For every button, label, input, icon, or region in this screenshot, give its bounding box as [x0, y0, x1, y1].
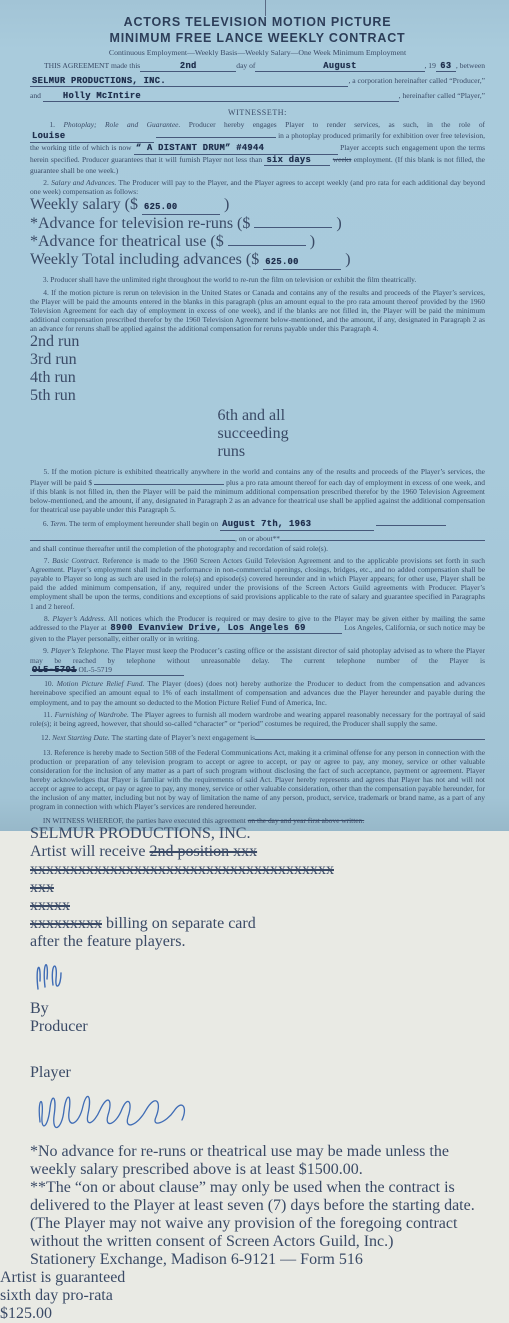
paragraph-12-heading: Next Starting Date. — [52, 733, 110, 742]
paragraph-6: 6. Term. The term of employment hereunde… — [30, 517, 485, 531]
salary-row-tv-advance: *Advance for television re-runs ($ ) — [30, 215, 485, 233]
fill-day: 2nd — [140, 61, 236, 72]
paragraph-12-number: 12. — [41, 733, 50, 742]
player-name-value: Holly McIntire — [45, 91, 141, 101]
salary-amount-group: ($ 625.00 ) — [125, 196, 230, 213]
year-printed-text: , 19 — [425, 61, 436, 70]
paragraph-10-number: 10. — [44, 679, 53, 688]
paragraph-7-heading: Basic Contract. — [52, 556, 100, 565]
salary-label: Weekly salary — [30, 196, 121, 213]
paragraph-3-number: 3. — [43, 275, 49, 284]
run-label: 4th run — [30, 369, 485, 387]
paragraph-3: 3. Producer shall have the unlimited rig… — [30, 275, 485, 284]
player-phone-typed-value: OL5-5791 — [32, 665, 77, 675]
fill-tv-advance — [254, 227, 332, 228]
struck-weeks-word: weeks — [333, 155, 352, 164]
agreement-lead-text: THIS AGREEMENT made this — [44, 61, 140, 70]
role-blank — [156, 129, 276, 138]
and-text: and — [30, 91, 41, 100]
paragraph-12: 12. Next Starting Date. The starting dat… — [30, 731, 485, 742]
run-cell: 6th and all succeeding runs — [30, 407, 485, 461]
paren-close: ) — [224, 196, 229, 213]
run-cell: 5th run — [30, 387, 485, 405]
fill-year: 63 — [436, 61, 456, 72]
fill-theatrical-advance — [228, 245, 306, 246]
fill-weekly-salary: 625.00 — [142, 196, 220, 215]
paragraph-2-number: 2. — [43, 178, 49, 187]
paragraph-13-number: 13. — [43, 748, 52, 757]
run-cell: 3rd run — [30, 351, 485, 369]
run-label: 3rd run — [30, 351, 485, 369]
paragraph-6-heading: Term. — [50, 519, 67, 528]
witness-clause: IN WITNESS WHEREOF, the parties have exe… — [30, 816, 485, 825]
salary-row-weekly: Weekly salary ($ 625.00 ) — [30, 196, 485, 215]
contract-title-line2: MINIMUM FREE LANCE WEEKLY CONTRACT — [30, 30, 485, 46]
salary-label: *Advance for television re-runs — [30, 215, 233, 232]
weekly-salary-value: 625.00 — [144, 202, 177, 212]
on-or-about-blank-right — [280, 532, 485, 541]
paren-dollar: ($ — [210, 233, 223, 250]
paren-dollar: ($ — [125, 196, 138, 213]
fill-player-phone: OL5-5791 OL-5-5719 — [30, 665, 184, 677]
paragraph-1-text: Producer hereby engages Player to render… — [189, 120, 485, 129]
fill-producer-name: SELMUR PRODUCTIONS, INC. — [30, 76, 348, 87]
paragraph-11: 11. Furnishing of Wardrobe. The Player a… — [30, 710, 485, 728]
paragraph-13: 13. Reference is hereby made to Section … — [30, 748, 485, 812]
run-label: 6th and all succeeding runs — [218, 407, 298, 461]
contract-document: ACTORS TELEVISION MOTION PICTURE MINIMUM… — [0, 0, 509, 831]
paragraph-4: 4. If the motion picture is rerun on tel… — [30, 288, 485, 333]
paragraph-6-number: 6. — [43, 519, 49, 528]
on-or-about-blank-left — [30, 532, 235, 541]
paragraph-9-heading: Player’s Telephone. — [51, 646, 110, 655]
fill-player-name: Holly McIntire — [43, 91, 399, 102]
player-tail-text: , hereinafter called “Player,” — [399, 91, 485, 100]
fill-guarantee: six days — [264, 155, 330, 167]
witness-text: IN WITNESS WHEREOF, the parties have exe… — [43, 816, 248, 825]
salary-total-label: Weekly Total including advances — [30, 251, 242, 268]
player-address-value: 8900 Evanview Drive, Los Angeles 69 — [110, 623, 305, 633]
run-label: 2nd run — [30, 333, 485, 351]
producer-name-line: SELMUR PRODUCTIONS, INC. , a corporation… — [30, 76, 485, 87]
paragraph-6-text: The term of employment hereunder shall b… — [69, 519, 218, 528]
paragraph-7-number: 7. — [44, 556, 50, 565]
day-value: 2nd — [180, 61, 197, 71]
day-of-text: day of — [236, 61, 255, 70]
paragraph-2: 2. Salary and Advances. The Producer wil… — [30, 178, 485, 196]
agreement-date-line: THIS AGREEMENT made this 2nd day of Augu… — [30, 61, 485, 72]
fill-start-date: August 7th, 1963 — [220, 519, 374, 531]
player-phone-handwritten-value: OL-5-5719 — [79, 665, 112, 674]
paragraph-11-heading: Furnishing of Wardrobe. — [55, 710, 129, 719]
paragraph-1-number: 1. — [49, 120, 55, 129]
paragraph-7-text: Reference is made to the 1960 Screen Act… — [30, 556, 485, 610]
month-value: August — [323, 61, 356, 71]
witnesseth-heading: WITNESSETH: — [30, 108, 485, 117]
paragraph-8-heading: Player’s Address. — [53, 614, 106, 623]
weekly-total-value: 625.00 — [265, 257, 298, 267]
paren-dollar: ($ — [237, 215, 250, 232]
fill-photoplay-title: “ A DISTANT DRUM” #4944 — [134, 143, 338, 155]
paragraph-2-heading: Salary and Advances. — [51, 178, 116, 187]
paragraph-13-text: Reference is hereby made to Section 508 … — [30, 748, 485, 811]
producer-company-typed: SELMUR PRODUCTIONS, INC. — [30, 825, 485, 840]
paragraph-6-text: and shall continue thereafter until the … — [30, 544, 328, 553]
run-cell: 4th run — [30, 369, 485, 387]
role-value: Louise — [32, 131, 65, 141]
paragraph-5: 5. If the motion picture is exhibited th… — [30, 467, 485, 514]
paragraph-10-heading: Motion Picture Relief Fund. — [57, 679, 145, 688]
run-label: 5th run — [30, 387, 485, 405]
fill-weekly-total: 625.00 — [263, 251, 341, 270]
paragraph-10: 10. Motion Picture Relief Fund. The Play… — [30, 679, 485, 706]
producer-name-value: SELMUR PRODUCTIONS, INC. — [32, 76, 166, 86]
photoplay-title-value: “ A DISTANT DRUM” #4944 — [136, 143, 264, 153]
year-value: 63 — [440, 61, 451, 71]
fill-month: August — [255, 61, 424, 72]
paren-close: ) — [345, 251, 350, 268]
start-date-blank — [376, 517, 446, 526]
salary-amount-group: ($ ) — [237, 215, 342, 232]
paragraph-11-number: 11. — [43, 710, 52, 719]
producer-tail-text: , a corporation hereinafter called “Prod… — [348, 76, 485, 85]
salary-label: *Advance for theatrical use — [30, 233, 206, 250]
fill-player-address: 8900 Evanview Drive, Los Angeles 69 — [108, 623, 342, 635]
next-engagement-blank — [255, 731, 485, 740]
salary-total-group: ($ 625.00 ) — [246, 251, 351, 268]
column-divider — [265, 0, 266, 16]
paragraph-7: 7. Basic Contract. Reference is made to … — [30, 556, 485, 610]
fill-role: Louise — [30, 131, 154, 143]
paragraph-9-number: 9. — [43, 646, 49, 655]
paragraph-12-text: The starting date of Player’s next engag… — [112, 733, 255, 742]
paragraph-4-text: If the motion picture is rerun on televi… — [30, 288, 485, 333]
witness-struck-text: on the day and year first above written. — [248, 816, 364, 825]
paren-close: ) — [336, 215, 341, 232]
paragraph-8-number: 8. — [44, 614, 50, 623]
paragraph-8: 8. Player’s Address. All notices which t… — [30, 614, 485, 644]
theatrical-amount-blank — [94, 476, 224, 485]
player-name-line: and Holly McIntire , hereinafter called … — [30, 91, 485, 102]
contract-subtitle: Continuous Employment—Weekly Basis—Weekl… — [30, 48, 485, 57]
salary-row-total: Weekly Total including advances ($ 625.0… — [30, 251, 485, 270]
paragraph-6-continuation: and shall continue thereafter until the … — [30, 544, 485, 553]
contract-title-line1: ACTORS TELEVISION MOTION PICTURE — [30, 14, 485, 30]
paragraph-3-text: Producer shall have the unlimited right … — [50, 275, 416, 284]
start-date-value: August 7th, 1963 — [222, 519, 311, 529]
run-cell: 2nd run — [30, 333, 485, 351]
rerun-payment-boxes: 2nd run 3rd run 4th run 5th run 6th and … — [30, 333, 485, 461]
salary-amount-group: ($ ) — [210, 233, 315, 250]
paren-dollar: ($ — [246, 251, 259, 268]
on-or-about-text: , on or about** — [235, 534, 280, 543]
on-or-about-line: , on or about** — [30, 532, 485, 543]
guarantee-value: six days — [266, 155, 311, 165]
paragraph-1-heading: Photoplay; Role and Guarantee. — [63, 120, 180, 129]
paren-close: ) — [310, 233, 315, 250]
paragraph-4-number: 4. — [43, 288, 49, 297]
paragraph-9: 9. Player’s Telephone. The Player must k… — [30, 646, 485, 676]
salary-row-theatrical-advance: *Advance for theatrical use ($ ) — [30, 233, 485, 251]
between-text: , between — [456, 61, 485, 70]
paragraph-1: 1. Photoplay; Role and Guarantee. Produc… — [30, 120, 485, 175]
paragraph-5-number: 5. — [44, 467, 50, 476]
